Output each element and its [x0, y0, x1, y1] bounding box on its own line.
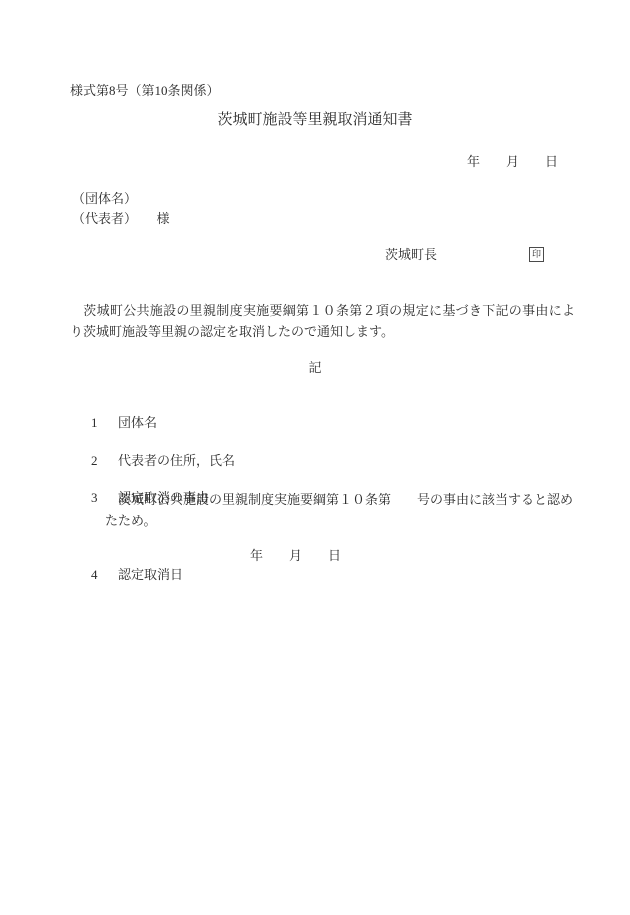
document-title: 茨城町施設等里親取消通知書 [0, 110, 630, 132]
item-3-number: 3 [91, 489, 118, 508]
notice-body-paragraph: 茨城町公共施設の里親制度実施要綱第１０条第２項の規定に基づき下記の事由により茨城… [70, 300, 575, 342]
item-3-detail-line-1: 茨城町公共施設の里親制度実施要綱第１０条第 号の事由に該当すると認め [118, 491, 573, 510]
recipient-organization-placeholder: （団体名） [72, 190, 137, 209]
item-1-label: 団体名 [118, 415, 157, 430]
item-2-label: 代表者の住所，氏名 [118, 453, 235, 468]
cancellation-date-blanks: 年 月 日 [250, 547, 341, 566]
item-4-number: 4 [91, 566, 118, 585]
seal-placeholder-icon: 印 [529, 247, 544, 262]
ki-section-marker: 記 [0, 359, 630, 378]
item-2-number: 2 [91, 452, 118, 471]
issue-date-blanks: 年 月 日 [467, 153, 558, 172]
form-number: 様式第8号（第10条関係） [70, 82, 220, 101]
recipient-representative-placeholder: （代表者） 様 [72, 210, 170, 229]
item-1-number: 1 [91, 414, 118, 433]
list-item-4: 4認定取消日 [78, 547, 183, 604]
item-4-label: 認定取消日 [118, 567, 183, 582]
notice-document-page: 様式第8号（第10条関係） 茨城町施設等里親取消通知書 年 月 日 （団体名） … [0, 0, 630, 915]
item-3-detail-line-2: たため。 [105, 512, 156, 531]
issuer-mayor-name: 茨城町長 [385, 246, 437, 265]
